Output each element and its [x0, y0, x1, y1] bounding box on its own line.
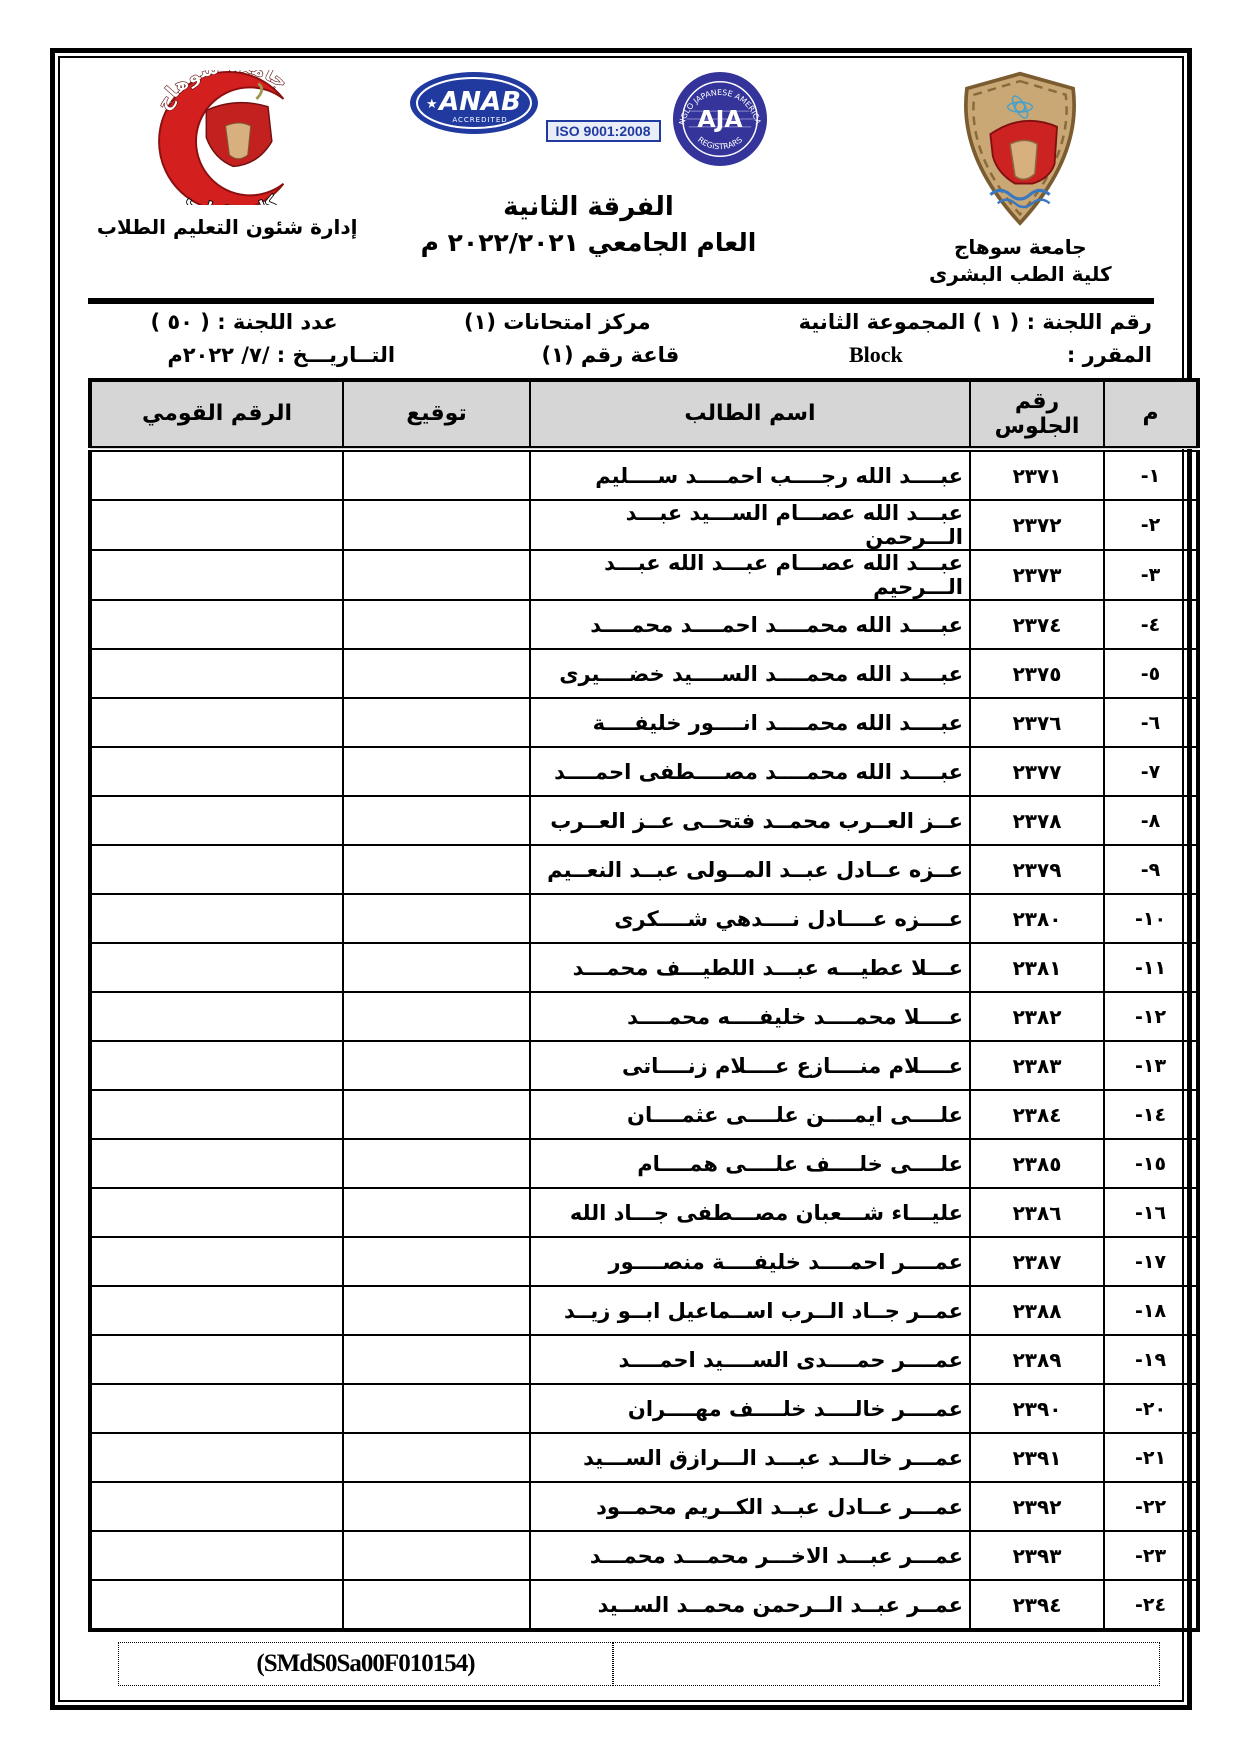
exam-info: رقم اللجنة : ( ١ ) المجموعة الثانية مركز…	[60, 304, 1182, 368]
signature-cell	[343, 550, 530, 600]
table-row: ١٠-٢٣٨٠عــــزه عــــادل نــــدهي شــــكر…	[90, 894, 1198, 943]
table-row: ٦-٢٣٧٦عبــــد الله محمــــد انــــور خلي…	[90, 698, 1198, 747]
signature-cell	[343, 845, 530, 894]
national-id-cell	[90, 1433, 343, 1482]
national-id-cell	[90, 649, 343, 698]
table-row: ٤-٢٣٧٤عبــــد الله محمــــد احمــــد محم…	[90, 600, 1198, 649]
national-id-cell	[90, 500, 343, 550]
national-id-cell	[90, 1237, 343, 1286]
table-row: ٢١-٢٣٩١عمـــر خالـــد عبـــد الـــرازق ا…	[90, 1433, 1198, 1482]
footer-empty-cell	[613, 1642, 1160, 1686]
seat-number: ٢٣٨٣	[970, 1041, 1104, 1090]
table-row: ١٣-٢٣٨٣عــــلام منــــازع عــــلام زنـــ…	[90, 1041, 1198, 1090]
seat-number: ٢٣٧٩	[970, 845, 1104, 894]
student-name: عــــلا محمــــد خليفــــه محمــــد	[530, 992, 970, 1041]
seat-number: ٢٣٨٤	[970, 1090, 1104, 1139]
signature-cell	[343, 1090, 530, 1139]
national-id-cell	[90, 1531, 343, 1580]
student-name: عــزه عــادل عبــد المــولى عبــد النعــ…	[530, 845, 970, 894]
student-name: عـــلا عطيـــه عبـــد اللطيـــف محمـــد	[530, 943, 970, 992]
table-row: ١٢-٢٣٨٢عــــلا محمــــد خليفــــه محمـــ…	[90, 992, 1198, 1041]
student-name: عبــــد الله محمــــد احمــــد محمــــد	[530, 600, 970, 649]
row-number: ١٦-	[1104, 1188, 1198, 1237]
student-name: عبــــد الله محمــــد انــــور خليفــــة	[530, 698, 970, 747]
table-row: ٢-٢٣٧٢عبـــد الله عصـــام الســـيد عبـــ…	[90, 500, 1198, 550]
seat-number: ٢٣٩٢	[970, 1482, 1104, 1531]
table-row: ١٧-٢٣٨٧عمــــر احمــــد خليفــــة منصـــ…	[90, 1237, 1198, 1286]
exam-date: التــاريـــخ : /٧/ ٢٠٢٢م	[90, 343, 472, 367]
signature-cell	[343, 1580, 530, 1630]
title-block: ★ ANAB ACCREDITED ISO 9001:2008 ANGLO J	[380, 70, 872, 288]
table-row: ٢٢-٢٣٩٢عمـــر عــادل عبــد الكــريم محمـ…	[90, 1482, 1198, 1531]
national-id-cell	[90, 796, 343, 845]
page-border-inner: جامعة سوهاج كلية الطب البشرى ★ ANAB	[58, 56, 1184, 1702]
row-number: ١-	[1104, 449, 1198, 500]
seat-number: ٢٣٧٣	[970, 550, 1104, 600]
student-name: عمــــر احمــــد خليفــــة منصــــور	[530, 1237, 970, 1286]
signature-cell	[343, 943, 530, 992]
table-row: ٨-٢٣٧٨عــز العــرب محمــد فتحــى عــز ال…	[90, 796, 1198, 845]
iso-badge: ISO 9001:2008	[546, 120, 661, 142]
student-name: عبــــد الله رجــــب احمــــد ســــليم	[530, 449, 970, 500]
table-row: ١١-٢٣٨١عـــلا عطيـــه عبـــد اللطيـــف م…	[90, 943, 1198, 992]
signature-cell	[343, 1139, 530, 1188]
row-number: ١٠-	[1104, 894, 1198, 943]
row-number: ١٧-	[1104, 1237, 1198, 1286]
national-id-cell	[90, 845, 343, 894]
student-name: عبـــد الله عصـــام عبـــد الله عبـــد ا…	[530, 550, 970, 600]
row-number: ٨-	[1104, 796, 1198, 845]
national-id-cell	[90, 1139, 343, 1188]
student-name: علــــى خلــــف علــــى همــــام	[530, 1139, 970, 1188]
student-name: عمــــر خالــــد خلــــف مهــــران	[530, 1384, 970, 1433]
seat-number: ٢٣٨٧	[970, 1237, 1104, 1286]
table-row: ١٦-٢٣٨٦عليـــاء شـــعبان مصـــطفى جـــاد…	[90, 1188, 1198, 1237]
student-name: عمـــر عــادل عبــد الكــريم محمــود	[530, 1482, 970, 1531]
row-number: ١٥-	[1104, 1139, 1198, 1188]
seat-number: ٢٣٧٤	[970, 600, 1104, 649]
university-name: جامعة سوهاج	[873, 234, 1168, 261]
page-border: جامعة سوهاج كلية الطب البشرى ★ ANAB	[50, 48, 1192, 1710]
row-number: ٢٢-	[1104, 1482, 1198, 1531]
faculty-name: كلية الطب البشرى	[873, 261, 1168, 288]
document-header: جامعة سوهاج كلية الطب البشرى ★ ANAB	[60, 58, 1182, 288]
national-id-cell	[90, 943, 343, 992]
student-name: عمــر عبــد الــرحمن محمــد الســيد	[530, 1580, 970, 1630]
national-id-cell	[90, 1580, 343, 1630]
student-name: عبــــد الله محمــــد مصــــطفى احمــــد	[530, 747, 970, 796]
row-number: ٧-	[1104, 747, 1198, 796]
signature-cell	[343, 1041, 530, 1090]
signature-cell	[343, 894, 530, 943]
national-id-cell	[90, 747, 343, 796]
signature-cell	[343, 698, 530, 747]
student-name: عــز العــرب محمــد فتحــى عــز العــرب	[530, 796, 970, 845]
university-block: جامعة سوهاج كلية الطب البشرى	[873, 70, 1168, 288]
signature-cell	[343, 600, 530, 649]
signature-cell	[343, 1531, 530, 1580]
header-row-number: م	[1104, 380, 1198, 449]
signature-cell	[343, 649, 530, 698]
table-row: ٣-٢٣٧٣عبـــد الله عصـــام عبـــد الله عب…	[90, 550, 1198, 600]
faculty-crescent-logo: جامعة سوهاج كلية الطب	[110, 70, 345, 205]
national-id-cell	[90, 1286, 343, 1335]
row-number: ٩-	[1104, 845, 1198, 894]
student-name: عمـــر خالـــد عبـــد الـــرازق الســـيد	[530, 1433, 970, 1482]
seat-number: ٢٣٩١	[970, 1433, 1104, 1482]
row-number: ٢٠-	[1104, 1384, 1198, 1433]
national-id-cell	[90, 550, 343, 600]
grade-title: الفرقة الثانية	[342, 192, 834, 222]
seat-number: ٢٣٩٣	[970, 1531, 1104, 1580]
table-row: ٢٠-٢٣٩٠عمــــر خالــــد خلــــف مهــــرا…	[90, 1384, 1198, 1433]
national-id-cell	[90, 1188, 343, 1237]
table-row: ٢٤-٢٣٩٤عمــر عبــد الــرحمن محمــد الســ…	[90, 1580, 1198, 1630]
footer-code-cell: (SMdS0Sa00F010154)	[118, 1642, 613, 1686]
seat-number: ٢٣٨١	[970, 943, 1104, 992]
course-label: المقرر :	[1003, 343, 1152, 367]
signature-cell	[343, 1188, 530, 1237]
student-name: عمــر جــاد الــرب اســماعيل ابــو زيــد	[530, 1286, 970, 1335]
seat-number: ٢٣٨٠	[970, 894, 1104, 943]
national-id-cell	[90, 1090, 343, 1139]
form-code: (SMdS0Sa00F010154)	[256, 1650, 474, 1678]
department-block: جامعة سوهاج كلية الطب إدارة شئون التعليم…	[74, 70, 380, 288]
table-row: ١٨-٢٣٨٨عمــر جــاد الــرب اســماعيل ابــ…	[90, 1286, 1198, 1335]
row-number: ١٢-	[1104, 992, 1198, 1041]
national-id-cell	[90, 992, 343, 1041]
header-signature: توقيع	[343, 380, 530, 449]
anab-oval-icon: ★ ANAB ACCREDITED	[408, 70, 540, 136]
course-value: Block	[748, 342, 1003, 368]
seat-number: ٢٣٧٨	[970, 796, 1104, 845]
row-number: ٢٣-	[1104, 1531, 1198, 1580]
seat-number: ٢٣٨٩	[970, 1335, 1104, 1384]
signature-cell	[343, 1482, 530, 1531]
seat-number: ٢٣٨٦	[970, 1188, 1104, 1237]
signature-cell	[343, 1433, 530, 1482]
seat-number: ٢٣٩٤	[970, 1580, 1104, 1630]
svg-text:ACCREDITED: ACCREDITED	[453, 116, 508, 124]
student-name: علــــى ايمــــن علــــى عثمــــان	[530, 1090, 970, 1139]
header-seat-number: رقم الجلوس	[970, 380, 1104, 449]
row-number: ١٣-	[1104, 1041, 1198, 1090]
table-row: ٥-٢٣٧٥عبــــد الله محمــــد الســــيد خض…	[90, 649, 1198, 698]
student-name: عــــزه عــــادل نــــدهي شــــكرى	[530, 894, 970, 943]
seat-number: ٢٣٩٠	[970, 1384, 1104, 1433]
header-national-id: الرقم القومي	[90, 380, 343, 449]
signature-cell	[343, 1335, 530, 1384]
seat-number: ٢٣٧١	[970, 449, 1104, 500]
seat-number: ٢٣٨٨	[970, 1286, 1104, 1335]
table-row: ١-٢٣٧١عبــــد الله رجــــب احمــــد ســـ…	[90, 449, 1198, 500]
student-table-body: ١-٢٣٧١عبــــد الله رجــــب احمــــد ســـ…	[90, 449, 1198, 1630]
svg-text:ANAB: ANAB	[438, 87, 522, 117]
row-number: ١٤-	[1104, 1090, 1198, 1139]
accreditation-logos: ★ ANAB ACCREDITED ISO 9001:2008 ANGLO J	[342, 70, 834, 188]
signature-cell	[343, 747, 530, 796]
signature-cell	[343, 796, 530, 845]
signature-cell	[343, 449, 530, 500]
footer-code-box: (SMdS0Sa00F010154)	[118, 1642, 1160, 1686]
aja-logo: ANGLO JAPANESE AMERICAN REGISTRARS AJA	[671, 70, 769, 168]
national-id-cell	[90, 698, 343, 747]
signature-cell	[343, 1384, 530, 1433]
table-row: ٧-٢٣٧٧عبــــد الله محمــــد مصــــطفى اح…	[90, 747, 1198, 796]
department-name: إدارة شئون التعليم الطلاب	[74, 215, 380, 239]
student-name: عمـــر عبـــد الاخـــر محمـــد محمـــد	[530, 1531, 970, 1580]
table-row: ٢٣-٢٣٩٣عمـــر عبـــد الاخـــر محمـــد مح…	[90, 1531, 1198, 1580]
row-number: ٣-	[1104, 550, 1198, 600]
row-number: ٢-	[1104, 500, 1198, 550]
row-number: ٢١-	[1104, 1433, 1198, 1482]
seat-number: ٢٣٧٥	[970, 649, 1104, 698]
signature-cell	[343, 1286, 530, 1335]
committee-count: عدد اللجنة : ( ٥٠ )	[90, 310, 398, 334]
signature-cell	[343, 992, 530, 1041]
national-id-cell	[90, 600, 343, 649]
svg-text:AJA: AJA	[697, 105, 743, 133]
hall-number: قاعة رقم (١)	[472, 343, 748, 367]
committee-number: رقم اللجنة : ( ١ ) المجموعة الثانية	[717, 310, 1152, 334]
row-number: ٦-	[1104, 698, 1198, 747]
seat-number: ٢٣٨٢	[970, 992, 1104, 1041]
national-id-cell	[90, 1482, 343, 1531]
national-id-cell	[90, 449, 343, 500]
students-table: م رقم الجلوس اسم الطالب توقيع الرقم القو…	[88, 378, 1200, 1632]
header-student-name: اسم الطالب	[530, 380, 970, 449]
seat-number: ٢٣٧٧	[970, 747, 1104, 796]
table-row: ٩-٢٣٧٩عــزه عــادل عبــد المــولى عبــد …	[90, 845, 1198, 894]
table-row: ١٥-٢٣٨٥علــــى خلــــف علــــى همــــام	[90, 1139, 1198, 1188]
academic-year: العام الجامعي ٢٠٢٢/٢٠٢١ م	[342, 228, 834, 257]
table-row: ١٤-٢٣٨٤علــــى ايمــــن علــــى عثمــــا…	[90, 1090, 1198, 1139]
row-number: ٥-	[1104, 649, 1198, 698]
seat-number: ٢٣٨٥	[970, 1139, 1104, 1188]
seat-number: ٢٣٧٦	[970, 698, 1104, 747]
svg-text:★: ★	[426, 97, 438, 112]
row-number: ١٨-	[1104, 1286, 1198, 1335]
row-number: ٤-	[1104, 600, 1198, 649]
national-id-cell	[90, 894, 343, 943]
student-name: عبـــد الله عصـــام الســـيد عبـــد الــ…	[530, 500, 970, 550]
student-name: عليـــاء شـــعبان مصـــطفى جـــاد الله	[530, 1188, 970, 1237]
signature-cell	[343, 500, 530, 550]
exam-center: مركز امتحانات (١)	[398, 310, 717, 334]
row-number: ٢٤-	[1104, 1580, 1198, 1630]
national-id-cell	[90, 1041, 343, 1090]
student-name: عبــــد الله محمــــد الســــيد خضــــير…	[530, 649, 970, 698]
signature-cell	[343, 1237, 530, 1286]
national-id-cell	[90, 1384, 343, 1433]
university-shield-logo	[945, 70, 1095, 228]
table-row: ١٩-٢٣٨٩عمــــر حمــــدى الســــيد احمـــ…	[90, 1335, 1198, 1384]
row-number: ١١-	[1104, 943, 1198, 992]
student-name: عمــــر حمــــدى الســــيد احمــــد	[530, 1335, 970, 1384]
national-id-cell	[90, 1335, 343, 1384]
student-name: عــــلام منــــازع عــــلام زنــــاتى	[530, 1041, 970, 1090]
table-header-row: م رقم الجلوس اسم الطالب توقيع الرقم القو…	[90, 380, 1198, 449]
row-number: ١٩-	[1104, 1335, 1198, 1384]
anab-logo: ★ ANAB ACCREDITED ISO 9001:2008	[408, 70, 660, 142]
seat-number: ٢٣٧٢	[970, 500, 1104, 550]
